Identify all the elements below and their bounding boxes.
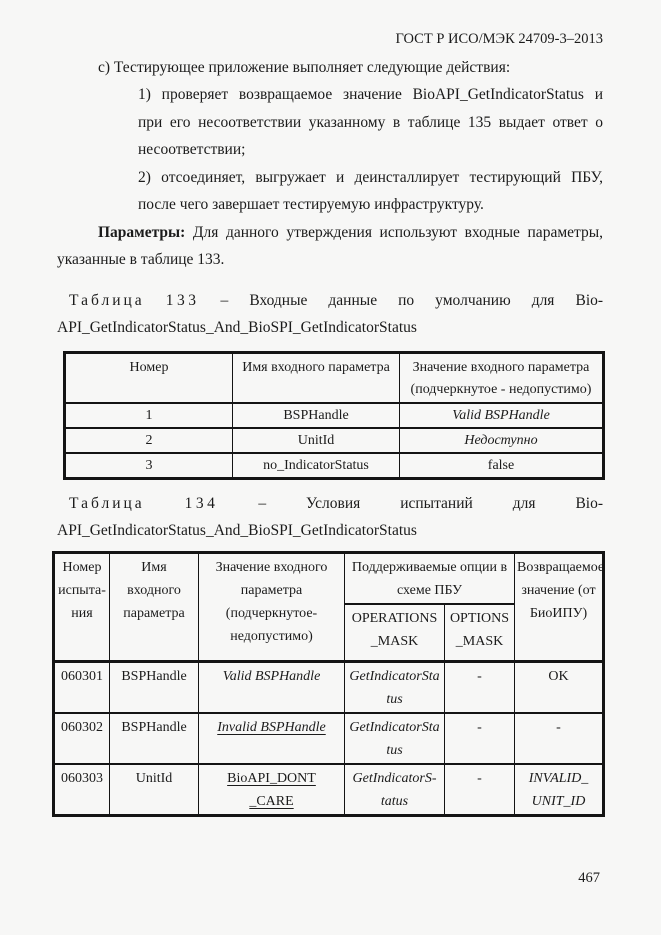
- table-row: 060301 BSPHandle Valid BSPHandle GetIndi…: [54, 661, 604, 713]
- cell-operations-mask: GetIndicatorS- tatus: [345, 764, 445, 816]
- doc-code-header: ГОСТ Р ИСО/МЭК 24709-3–2013: [57, 26, 603, 54]
- table-134-header-num: Номер испыта- ния: [54, 552, 110, 661]
- cell-name: UnitId: [233, 428, 400, 453]
- table-133-header-name: Имя входного параметра: [233, 352, 400, 403]
- document-page: ГОСТ Р ИСО/МЭК 24709-3–2013 с) Тестирующ…: [0, 0, 661, 935]
- table-row: 060302 BSPHandle Invalid BSPHandle GetIn…: [54, 713, 604, 764]
- table-134-title-dash: –: [258, 495, 266, 512]
- table-133: Номер Имя входного параметра Значение вх…: [63, 351, 605, 480]
- paragraph-item-c: с) Тестирующее приложение выполняет след…: [57, 54, 603, 82]
- table-134-header-row-1: Номер испыта- ния Имя входного параметра…: [54, 552, 604, 604]
- table-134-header-return: Возвращаемое значение (от БиоИПУ): [515, 552, 604, 661]
- table-133-title-line-2: API_GetIndicatorStatus_And_BioSPI_GetInd…: [57, 314, 603, 342]
- cell-num: 2: [65, 428, 233, 453]
- cell-options-mask: -: [445, 764, 515, 816]
- table-134-header-value: Значение входного параметра (подчеркнуто…: [199, 552, 345, 661]
- cell-return-value: INVALID_ UNIT_ID: [515, 764, 604, 816]
- cell-name: BSPHandle: [233, 403, 400, 428]
- params-text: Для данного утверждения используют входн…: [193, 224, 603, 241]
- cell-return-value: OK: [515, 661, 604, 713]
- table-133-title-line-1: Таблица 133 – Входные данные по умолчани…: [57, 287, 603, 315]
- table-134-title-number: 134: [185, 495, 219, 512]
- table-133-title-text: Входные данные по умолчанию для Bio-: [249, 292, 603, 309]
- cell-param-name: BSPHandle: [110, 661, 199, 713]
- paragraph-item-1-line-3: несоответствии;: [57, 136, 603, 164]
- cell-param-value: Valid BSPHandle: [199, 661, 345, 713]
- cell-param-value: Invalid BSPHandle: [199, 713, 345, 764]
- table-133-header-num: Номер: [65, 352, 233, 403]
- table-134-title-line-2: API_GetIndicatorStatus_And_BioSPI_GetInd…: [57, 517, 603, 545]
- cell-value: Недоступно: [400, 428, 604, 453]
- paragraph-params-line-2: указанные в таблице 133.: [57, 246, 603, 274]
- cell-options-mask: -: [445, 713, 515, 764]
- table-133-title-dash: –: [221, 292, 229, 309]
- page-number: 467: [578, 870, 600, 887]
- cell-operations-mask: GetIndicatorSta tus: [345, 713, 445, 764]
- table-row: 3 no_IndicatorStatus false: [65, 453, 604, 479]
- table-134-title-line-1: Таблица 134 – Условия испытаний для Bio-: [57, 490, 603, 518]
- cell-param-value: BioAPI_DONT _CARE: [199, 764, 345, 816]
- table-134-title-word: Таблица: [69, 495, 145, 512]
- paragraph-params-line-1: Параметры: Для данного утверждения испол…: [57, 219, 603, 247]
- paragraph-item-1-line-2: при его несоответствии указанному в табл…: [57, 109, 603, 137]
- cell-options-mask: -: [445, 661, 515, 713]
- table-133-title-word: Таблица: [69, 292, 145, 309]
- paragraph-item-1-line-1: 1) проверяет возвращаемое значение BioAP…: [57, 81, 603, 109]
- table-134-header-operations-mask: OPERATIONS _MASK: [345, 604, 445, 662]
- cell-test-number: 060303: [54, 764, 110, 816]
- table-133-header-row: Номер Имя входного параметра Значение вх…: [65, 352, 604, 403]
- cell-return-value: -: [515, 713, 604, 764]
- table-row: 060303 UnitId BioAPI_DONT _CARE GetIndic…: [54, 764, 604, 816]
- cell-param-name: UnitId: [110, 764, 199, 816]
- cell-value: false: [400, 453, 604, 479]
- table-134-header-options-group: Поддерживаемые опции в схеме ПБУ: [345, 552, 515, 604]
- paragraph-item-2-line-1: 2) отсоединяет, выгружает и деинсталлиру…: [57, 164, 603, 192]
- params-label: Параметры:: [98, 224, 185, 241]
- table-133-title-number: 133: [166, 292, 200, 309]
- cell-param-name: BSPHandle: [110, 713, 199, 764]
- table-134-header-options-mask: OPTIONS _MASK: [445, 604, 515, 662]
- table-134-header-name: Имя входного параметра: [110, 552, 199, 661]
- cell-value: Valid BSPHandle: [400, 403, 604, 428]
- table-row: 1 BSPHandle Valid BSPHandle: [65, 403, 604, 428]
- table-row: 2 UnitId Недоступно: [65, 428, 604, 453]
- table-134: Номер испыта- ния Имя входного параметра…: [52, 551, 605, 817]
- cell-test-number: 060302: [54, 713, 110, 764]
- cell-operations-mask: GetIndicatorSta tus: [345, 661, 445, 713]
- cell-num: 3: [65, 453, 233, 479]
- paragraph-item-2-line-2: после чего завершает тестируемую инфраст…: [57, 191, 603, 219]
- cell-name: no_IndicatorStatus: [233, 453, 400, 479]
- cell-test-number: 060301: [54, 661, 110, 713]
- table-134-title-text: Условия испытаний для Bio-: [306, 495, 603, 512]
- cell-num: 1: [65, 403, 233, 428]
- table-133-header-value: Значение входного параметра (подчеркнуто…: [400, 352, 604, 403]
